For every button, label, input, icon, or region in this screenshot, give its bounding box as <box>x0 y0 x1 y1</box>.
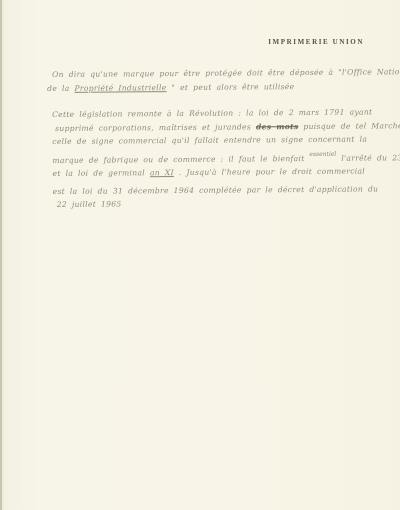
scanned-letter-page: IMPRIMERIE UNION On dira qu'une marque p… <box>0 0 400 510</box>
handwritten-line: est la loi du 31 décembre 1964 complétée… <box>53 182 373 198</box>
handwritten-line: et la loi de germinal an XI . Jusqu'à l'… <box>52 164 372 180</box>
handwritten-segment: 22 juillet 1965 <box>57 199 122 209</box>
handwritten-segment: Cette législation remonte à la Révolutio… <box>52 107 372 119</box>
handwritten-segment: est la loi du 31 décembre 1964 complétée… <box>53 184 379 196</box>
handwritten-segment: essentiel <box>309 150 336 157</box>
handwritten-segment: . Jusqu'à l'heure pour le droit commerci… <box>174 167 365 178</box>
handwritten-segment: On dira qu'une marque pour être protégée… <box>52 67 400 79</box>
handwritten-segment: supprimé corporations, maîtrises et jura… <box>55 122 256 133</box>
handwritten-line: celle de signe commercial qu'il fallait … <box>52 132 372 148</box>
handwritten-segment: celle de signe commercial qu'il fallait … <box>52 135 367 146</box>
handwritten-segment: marque de fabrique ou de commerce : il f… <box>52 153 309 164</box>
handwritten-paragraph-1: On dira qu'une marque pour être protégée… <box>52 65 372 95</box>
handwritten-segment: des mots <box>256 122 299 131</box>
handwritten-segment: " et peut alors être utilisée <box>166 82 294 92</box>
letterhead-imprimerie-union: IMPRIMERIE UNION <box>268 38 364 46</box>
handwritten-segment: de la <box>47 83 74 92</box>
paper-left-edge <box>0 0 2 510</box>
handwritten-line: de la Propriété Industrielle " et peut a… <box>47 79 372 95</box>
handwritten-segment: et la loi de germinal <box>52 168 149 178</box>
handwritten-line: On dira qu'une marque pour être protégée… <box>52 65 372 81</box>
handwritten-segment: Propriété Industrielle <box>74 83 166 93</box>
handwritten-segment: an XI <box>150 168 174 177</box>
handwritten-paragraph-2: Cette législation remonte à la Révolutio… <box>52 105 373 211</box>
handwritten-line: 22 juillet 1965 <box>57 195 373 211</box>
handwritten-segment: l'arrêté du 23 nivôse <box>336 152 400 162</box>
handwritten-segment: puisque de tel Marché <box>298 121 400 131</box>
